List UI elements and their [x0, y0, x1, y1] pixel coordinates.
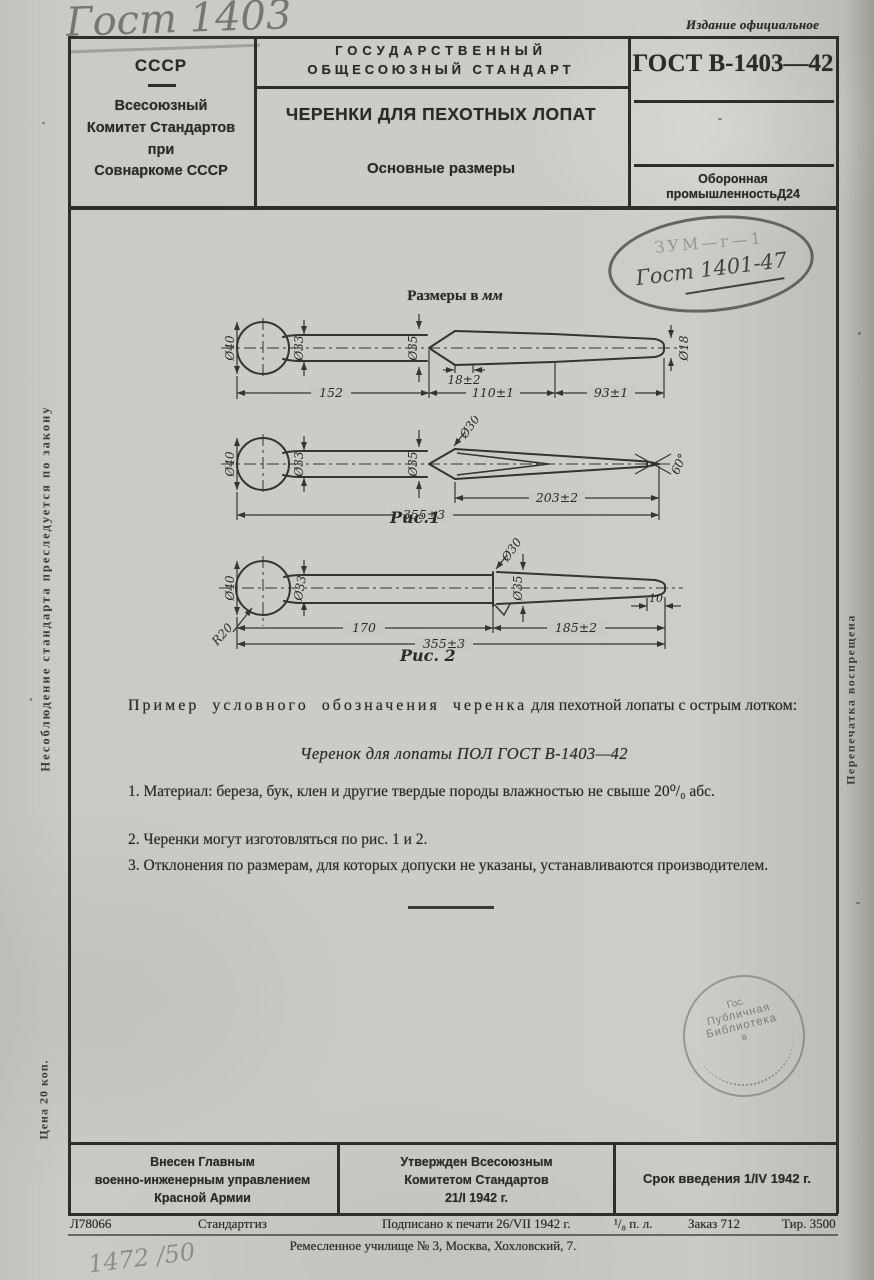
imprint-tirage: Тир. 3500: [782, 1216, 836, 1232]
dim-label-d35: Ø35: [511, 575, 525, 601]
committee-line: Всесоюзный: [72, 96, 250, 118]
footer-line: военно-инженерным управлением: [68, 1171, 337, 1189]
section-divider: [408, 906, 494, 909]
center-cell-rule: [257, 86, 628, 89]
clause-2: 2. Черенки могут изготовляться по рис. 1…: [86, 828, 844, 852]
example-intro: Пример условного обозначения черенка для…: [86, 694, 842, 719]
header-bottom-rule: [68, 206, 838, 210]
figure-2-caption: Рис. 2: [400, 646, 456, 665]
dim-label-d33: Ø33: [291, 574, 309, 603]
edition-note: Издание официальное: [686, 17, 846, 33]
header-country: СССР: [68, 56, 254, 76]
clause-3: 3. Отклонения по размерам, для которых д…: [86, 854, 844, 878]
standard-number: ГОСТ В-1403—42: [628, 50, 838, 78]
step-notch: [494, 604, 510, 615]
header-committee: Всесоюзный Комитет Стандартов при Совнар…: [72, 96, 250, 183]
header-table: СССР Всесоюзный Комитет Стандартов при С…: [68, 36, 838, 209]
figure-1-drawing: Ø40 Ø33 Ø35 Ø18 18±2 152 110±1 93±1: [203, 306, 708, 406]
country-dash: [148, 84, 176, 87]
units-label: Размеры в мм: [355, 288, 555, 305]
designation-line: Черенок для лопаты ПОЛ ГОСТ В-1403—42: [86, 744, 842, 764]
figure-3-drawing: Ø40 Ø33 R20 Ø30 Ø35 10 170 185±2 355±3: [203, 538, 708, 660]
scan-speck: [42, 122, 45, 124]
committee-line: Комитет Стандартов: [72, 118, 250, 140]
imprint-sheets: ¹/₈ п. л.: [614, 1216, 653, 1232]
scan-speck: [718, 118, 722, 120]
right-cell-rule-1: [634, 100, 834, 103]
oval-stamp: ЗУМ—г—1 Гост 1401-47: [604, 207, 818, 321]
clause-1: 1. Материал: береза, бук, клен и другие …: [86, 780, 844, 804]
footer-line: Комитетом Стандартов: [340, 1171, 613, 1189]
figure-1-caption: Рис.1: [390, 508, 440, 527]
dim-label-d33: Ø33: [292, 451, 306, 477]
dim-label-angle: 60°: [668, 451, 690, 476]
footer-table: Внесен Главным военно-инженерным управле…: [68, 1142, 838, 1216]
side-note-law: Несоблюдение стандарта преследуется по з…: [39, 379, 54, 799]
right-cell-rule-2: [634, 164, 834, 167]
dim-label-170: 170: [352, 620, 376, 635]
document-title: ЧЕРЕНКИ ДЛЯ ПЕХОТНЫХ ЛОПАТ: [254, 104, 628, 125]
document-subtitle: Основные размеры: [254, 160, 628, 177]
committee-line: при: [72, 140, 250, 162]
units-text: Размеры в: [407, 288, 478, 304]
frame-right-rule: [836, 36, 839, 1214]
dim-label-152: 152: [319, 385, 343, 400]
footer-cell-effective-date: Срок введения 1/IV 1942 г.: [616, 1171, 838, 1186]
right-edge-shadow: [844, 0, 874, 1280]
footer-line: Красной Армии: [68, 1189, 337, 1207]
figure-2-drawing: Ø40 Ø33 Ø35 Ø30 60° 203±2 355±3: [203, 416, 708, 534]
example-intro-rest: для пехотной лопаты с острым лотком:: [531, 697, 797, 714]
committee-line: Совнаркоме СССР: [72, 161, 250, 183]
library-stamp: Гос. Публичная Библиотека в: [670, 962, 818, 1110]
dim-label-203: 203±2: [535, 490, 578, 505]
footer-cell-approved: Утвержден Всесоюзным Комитетом Стандарто…: [340, 1153, 613, 1207]
classification-line1: Оборонная: [628, 172, 838, 186]
dim-label-d40: Ø40: [223, 335, 237, 361]
org-heading-line2: ОБЩЕСОЮЗНЫЙ СТАНДАРТ: [254, 62, 628, 77]
footer-line: Утвержден Всесоюзным: [340, 1153, 613, 1171]
dim-label-tip: 10: [649, 592, 663, 605]
footer-line: 21/I 1942 г.: [340, 1189, 613, 1207]
dim-label-d35: Ø35: [406, 335, 420, 361]
dim-label-93: 93±1: [594, 385, 628, 400]
classification-line2: промышленностьД24: [628, 187, 838, 201]
footer-line: Внесен Главным: [68, 1153, 337, 1171]
dim-label-d40: Ø40: [223, 575, 237, 601]
example-intro-spaced: Пример условного обозначения черенка: [128, 697, 527, 714]
imprint-signed: Подписано к печати 26/VII 1942 г.: [382, 1216, 571, 1232]
dim-label-185: 185±2: [555, 620, 597, 635]
side-note-price: Цена 20 коп.: [37, 1040, 52, 1160]
imprint-publisher: Стандартгиз: [198, 1216, 267, 1232]
dim-label-d40: Ø40: [223, 451, 237, 477]
scan-speck: [30, 698, 32, 701]
units-unit: мм: [482, 288, 503, 304]
dim-label-110: 110±1: [472, 385, 514, 400]
dim-label-r20: R20: [208, 620, 236, 648]
frame-left-rule: [68, 36, 71, 1214]
imprint-order: Заказ 712: [688, 1216, 740, 1232]
imprint-code: Л78066: [70, 1216, 111, 1232]
footer-cell-submitted: Внесен Главным военно-инженерным управле…: [68, 1153, 337, 1207]
org-heading-line1: ГОСУДАРСТВЕННЫЙ: [254, 43, 628, 58]
imprint-rule: [68, 1234, 838, 1236]
dim-label-d33: Ø33: [292, 335, 306, 361]
scanned-standard-page: { "page": { "edition": "Издание официаль…: [0, 0, 874, 1280]
dim-label-d35: Ø35: [406, 451, 420, 477]
dim-label-d18: Ø18: [677, 335, 691, 361]
